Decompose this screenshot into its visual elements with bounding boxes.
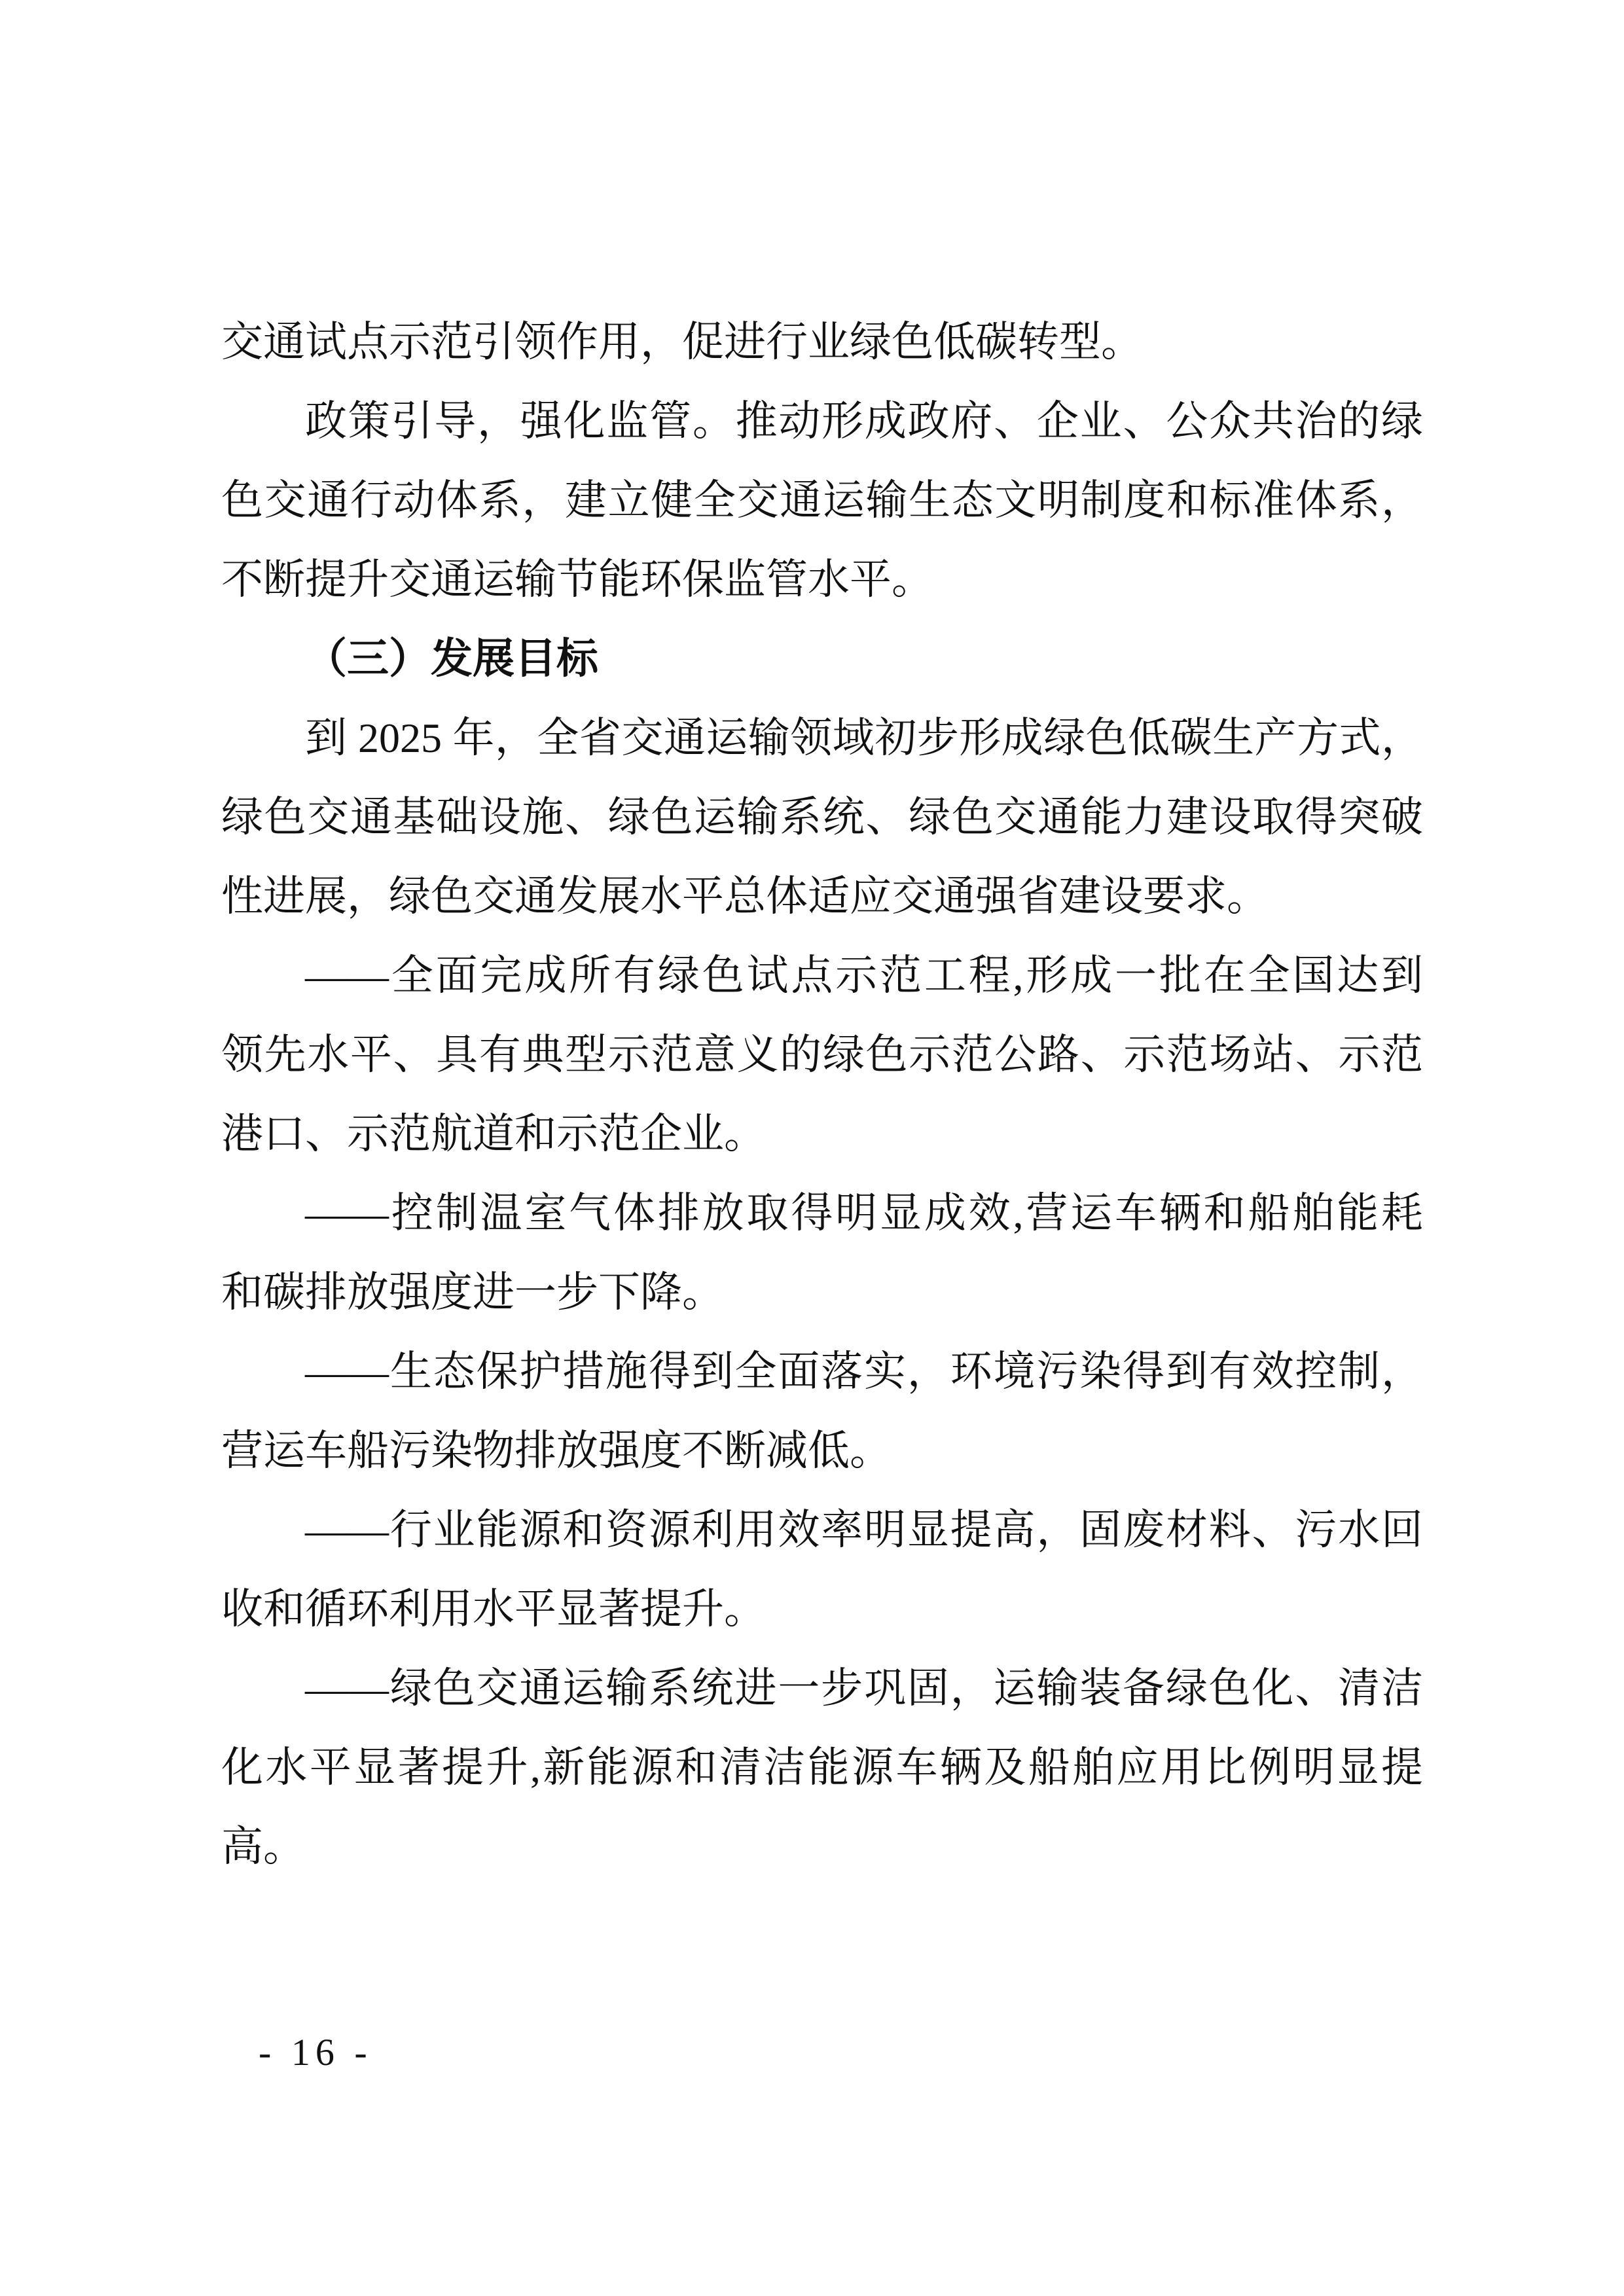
body-line-18: ——绿色交通运输系统进一步巩固，运输装备绿色化、清洁 bbox=[221, 1649, 1423, 1728]
body-line-13: 和碳排放强度进一步下降。 bbox=[221, 1253, 1423, 1332]
body-line-7: 绿色交通基础设施、绿色运输系统、绿色交通能力建设取得突破 bbox=[221, 778, 1423, 857]
body-line-10: 领先水平、具有典型示范意义的绿色示范公路、示范场站、示范 bbox=[221, 1015, 1423, 1094]
body-line-15: 营运车船污染物排放强度不断减低。 bbox=[221, 1411, 1423, 1490]
body-line-1: 交通试点示范引领作用，促进行业绿色低碳转型。 bbox=[221, 302, 1423, 382]
body-line-3: 色交通行动体系，建立健全交通运输生态文明制度和标准体系， bbox=[221, 461, 1423, 540]
body-line-19: 化水平显著提升,新能源和清洁能源车辆及船舶应用比例明显提 bbox=[221, 1728, 1423, 1807]
document-page: 交通试点示范引领作用，促进行业绿色低碳转型。 政策引导，强化监管。推动形成政府、… bbox=[0, 0, 1624, 2296]
body-line-14: ——生态保护措施得到全面落实，环境污染得到有效控制， bbox=[221, 1332, 1423, 1411]
body-line-2: 政策引导，强化监管。推动形成政府、企业、公众共治的绿 bbox=[221, 382, 1423, 461]
body-line-17: 收和循环利用水平显著提升。 bbox=[221, 1570, 1423, 1649]
document-body: 交通试点示范引领作用，促进行业绿色低碳转型。 政策引导，强化监管。推动形成政府、… bbox=[221, 302, 1423, 1886]
body-line-16: ——行业能源和资源利用效率明显提高，固废材料、污水回 bbox=[221, 1490, 1423, 1570]
section-heading: （三）发展目标 bbox=[221, 619, 1423, 698]
body-line-4: 不断提升交通运输节能环保监管水平。 bbox=[221, 540, 1423, 619]
body-line-12: ——控制温室气体排放取得明显成效,营运车辆和船舶能耗 bbox=[221, 1174, 1423, 1253]
body-line-6: 到 2025 年，全省交通运输领域初步形成绿色低碳生产方式， bbox=[221, 698, 1423, 778]
body-line-20: 高。 bbox=[221, 1807, 1423, 1886]
body-line-9: ——全面完成所有绿色试点示范工程,形成一批在全国达到 bbox=[221, 936, 1423, 1015]
body-line-8: 性进展，绿色交通发展水平总体适应交通强省建设要求。 bbox=[221, 857, 1423, 936]
body-line-11: 港口、示范航道和示范企业。 bbox=[221, 1094, 1423, 1174]
page-number: - 16 - bbox=[259, 2032, 372, 2073]
